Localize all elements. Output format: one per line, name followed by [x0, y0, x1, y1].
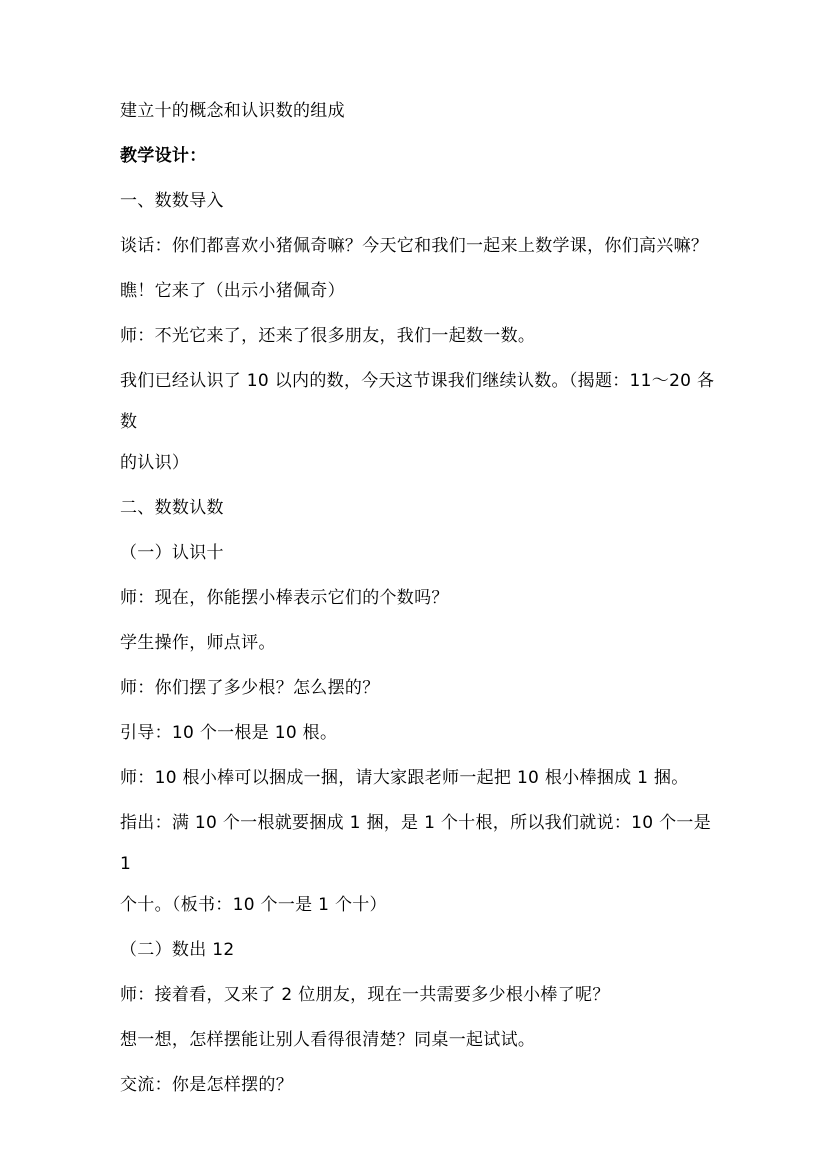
paragraph-guide-ten-ones: 引导：10 个一根是 10 根。 — [120, 713, 717, 754]
paragraph-exchange-how-placed: 交流：你是怎样摆的？ — [120, 1065, 717, 1106]
paragraph-teacher-two-more-friends: 师：接着看，又来了 2 位朋友，现在一共需要多少根小棒了呢？ — [120, 975, 717, 1016]
subsection-2-heading: （二）数出 12 — [120, 930, 717, 971]
paragraph-think-how-to-place: 想一想，怎样摆能让别人看得很清楚？同桌一起试试。 — [120, 1020, 717, 1061]
section-2-heading: 二、数数认数 — [120, 488, 717, 529]
paragraph-point-out-bundle: 指出：满 10 个一根就要捆成 1 捆，是 1 个十根，所以我们就说：10 个一… — [120, 803, 717, 926]
paragraph-reveal-topic: 我们已经认识了 10 以内的数，今天这节课我们继续认数。（揭题：11～20 各数… — [120, 361, 717, 484]
paragraph-teacher-place-sticks: 师：现在，你能摆小棒表示它们的个数吗？ — [120, 578, 717, 619]
paragraph-teacher-more-friends: 师：不光它来了，还来了很多朋友，我们一起数一数。 — [120, 316, 717, 357]
document-page: 建立十的概念和认识数的组成 教学设计： 一、数数导入 谈话：你们都喜欢小猪佩奇嘛… — [0, 0, 827, 1170]
paragraph-look-it-came: 瞧！它来了（出示小猪佩奇） — [120, 271, 717, 312]
paragraph-student-operation: 学生操作，师点评。 — [120, 623, 717, 664]
paragraph-teacher-bundle-sticks: 师：10 根小棒可以捆成一捆，请大家跟老师一起把 10 根小棒捆成 1 捆。 — [120, 758, 717, 799]
doc-title-line: 建立十的概念和认识数的组成 — [120, 91, 717, 132]
paragraph-talk-intro: 谈话：你们都喜欢小猪佩奇嘛？今天它和我们一起来上数学课，你们高兴嘛？ — [120, 226, 717, 267]
subsection-1-heading: （一）认识十 — [120, 533, 717, 574]
teaching-design-heading: 教学设计： — [120, 136, 717, 177]
paragraph-teacher-how-many: 师：你们摆了多少根？怎么摆的？ — [120, 668, 717, 709]
section-1-heading: 一、数数导入 — [120, 181, 717, 222]
